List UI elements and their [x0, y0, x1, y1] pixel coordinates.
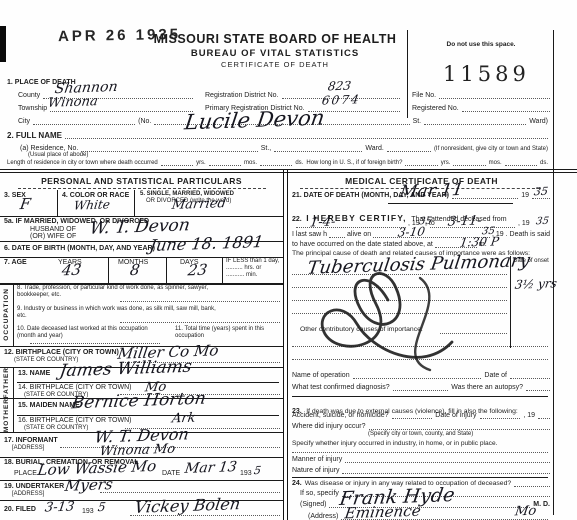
header-box-divider	[407, 30, 408, 118]
abode-note: (Usual place of abode)	[28, 152, 88, 159]
foreign-yrs-blank	[405, 164, 437, 166]
father-side-label: FATHER	[3, 367, 10, 399]
last-saw-blank-1	[329, 236, 345, 238]
full-name-value: Lucile Devon	[183, 108, 326, 134]
burial-date-value: Mar 13	[184, 460, 238, 476]
date-of-death-underline	[388, 203, 513, 204]
dotted-blank	[120, 301, 280, 302]
length-ds-blank	[260, 164, 292, 166]
residence-row: (a) Residence, No. St., Ward. (If nonres…	[20, 145, 548, 153]
page-title: MISSOURI STATE BOARD OF HEALTH	[135, 32, 415, 46]
foreign-ds: ds.	[540, 160, 548, 167]
occurred-line: to have occurred on the date stated abov…	[292, 241, 550, 249]
city-blank	[33, 123, 135, 125]
nonresident-note: (If nonresident, give city or town and S…	[434, 146, 548, 153]
left-column-header: PERSONAL AND STATISTICAL PARTICULARS	[0, 176, 283, 186]
residence-st-label: St.,	[261, 145, 272, 153]
edge-stamp-fragment	[0, 26, 6, 62]
registration-district-row: Registration District No.	[205, 92, 400, 100]
nature-of-injury-label: Nature of injury	[292, 467, 339, 475]
file-no-blank	[439, 97, 550, 99]
residence-ward-label: Ward.	[365, 145, 383, 153]
informant-address-value: Winona Mo	[99, 443, 176, 459]
township-label: Township	[18, 105, 47, 113]
informant-address-label: [ADDRESS]	[12, 445, 44, 452]
length-of-residence-row: Length of residence in city or town wher…	[7, 160, 548, 167]
signed-label: (Signed)	[300, 501, 326, 509]
full-name-blank	[65, 137, 548, 139]
city-st-blank	[424, 123, 526, 125]
nature-underline	[292, 477, 548, 478]
operation-date-blank	[510, 377, 550, 379]
occurred-text: to have occurred on the date stated abov…	[292, 241, 433, 249]
registration-district-value: 823	[327, 80, 352, 93]
race-value: White	[73, 198, 111, 211]
operation-blank	[353, 377, 482, 379]
sex-race-marital-row: 3. SEX 4. COLOR OR RACE 5. SINGLE, MARRI…	[0, 190, 283, 217]
doc-type-label: CERTIFICATE OF DEATH	[135, 60, 415, 69]
file-no-row: File No.	[412, 92, 550, 100]
foreign-mos-blank	[453, 164, 485, 166]
autopsy-label: Was there an autopsy?	[451, 384, 523, 392]
operation-row: Name of operation Date of	[292, 372, 550, 380]
occupation-side-label: OCCUPATION	[3, 288, 10, 341]
death-said-text: . Death is said	[506, 231, 550, 239]
date-of-death-year-value: 35	[533, 186, 549, 197]
page-subtitle: BUREAU OF VITAL STATISTICS	[135, 48, 415, 59]
cell-divider	[108, 257, 109, 283]
length-yrs-blank	[161, 164, 193, 166]
nature-of-injury-row: Nature of injury	[292, 467, 550, 475]
manner-of-injury-label: Manner of injury	[292, 456, 342, 464]
certify-number: 22.	[292, 216, 302, 223]
related-number: 24.	[292, 480, 302, 488]
burial-place-label: PLACE	[14, 470, 37, 478]
township-row: Township	[18, 105, 193, 113]
spouse-label-3: (OR) WIFE OF	[30, 233, 76, 241]
occupation-trade-label: 8. Trade, profession, or particular kind…	[17, 285, 217, 299]
sex-value: F	[19, 197, 32, 212]
filed-date-value: 3-13	[44, 500, 75, 514]
city-no-label: (No.	[138, 118, 151, 126]
residence-st-blank	[274, 150, 362, 152]
where-injury-blank	[369, 428, 550, 430]
city-ward-label: Ward)	[529, 118, 548, 126]
date-of-death-value: Mar 11	[399, 182, 464, 201]
undertaker-address-label: [ADDRESS]	[12, 491, 44, 498]
onset-value: 3½ yrs	[514, 277, 558, 290]
section-rule-top	[0, 169, 577, 170]
township-blank	[50, 110, 193, 112]
occupation-industry-label: 9. Industry or business in which work wa…	[17, 306, 217, 320]
accident-label: Accident, suicide, or homicide?	[292, 412, 389, 420]
last-saw-text-1: I last saw h	[292, 231, 327, 239]
column-divider	[283, 170, 288, 520]
mother-name-value: Bernice Horton	[70, 391, 206, 413]
date-of-birth-label: 6. DATE OF BIRTH (MONTH, DAY, AND YEAR)	[4, 245, 155, 253]
foreign-mos: mos.	[489, 160, 502, 167]
left-header-underline	[18, 188, 266, 189]
foreign-ds-blank	[505, 164, 537, 166]
attended-to-year: 35	[535, 217, 549, 227]
age-days-value: 23	[187, 263, 208, 279]
related-blank	[514, 485, 550, 487]
death-certificate-scan: APR 26 1935 MISSOURI STATE BOARD OF HEAL…	[0, 0, 577, 520]
cell-divider	[166, 257, 167, 283]
primary-district-value: 6074	[321, 93, 361, 106]
city-label: City	[18, 118, 30, 126]
manner-of-injury-row: Manner of injury	[292, 456, 550, 464]
date-of-birth-value: June 18. 1891	[149, 234, 265, 254]
operation-date-label: Date of	[484, 372, 507, 380]
length-yrs: yrs.	[196, 160, 206, 167]
occupation-last-worked-label: 10. Date deceased last worked at this oc…	[17, 326, 162, 340]
accident-row: Accident, suicide, or homicide? Date of …	[292, 412, 550, 420]
page-right-border	[553, 30, 554, 515]
foreign-yrs: yrs.	[441, 160, 451, 167]
test-label: What test confirmed diagnosis?	[292, 384, 390, 392]
injury-year-blank	[538, 417, 550, 419]
registrar-signature: Vickey Bolen	[134, 496, 242, 516]
mother-birthplace-sub: (STATE OR COUNTRY)	[24, 425, 88, 432]
filed-year-prefix: 193	[82, 508, 94, 516]
mother-birthplace-value: Ark	[171, 412, 196, 426]
injury-date-blank	[480, 417, 521, 419]
last-saw-date-value: 3-10	[397, 226, 426, 239]
father-birthplace-label: 14. BIRTHPLACE (CITY OR TOWN)	[18, 384, 131, 392]
accident-blank	[392, 417, 433, 419]
registration-district-label: Registration District No.	[205, 92, 279, 100]
test-blank	[393, 389, 449, 391]
father-name-label: 13. NAME	[18, 370, 50, 378]
dotted-blank	[100, 492, 280, 493]
undertaker-label: 19. UNDERTAKER	[4, 483, 64, 491]
filed-label: 20. FILED	[4, 506, 36, 514]
foreign-label: How long in U. S., if of foreign birth?	[306, 160, 402, 167]
length-mos: mos.	[244, 160, 257, 167]
age-row: 7. AGE YEARS MONTHS DAYS IF LESS than 1 …	[0, 257, 283, 285]
burial-year-prefix: 193	[240, 470, 252, 478]
manner-of-injury-blank	[345, 461, 550, 463]
age-less-than-note: IF LESS than 1 day, .......... hrs. or .…	[226, 258, 280, 279]
where-injury-label: Where did injury occur?	[292, 423, 366, 431]
cell-divider	[222, 257, 223, 283]
father-name-value: James Williams	[58, 359, 192, 381]
specify-where-note: Specify whether injury occurred in indus…	[292, 440, 550, 448]
residence-no-blank	[81, 150, 257, 152]
operation-label: Name of operation	[292, 372, 350, 380]
age-label: 7. AGE	[4, 259, 27, 267]
occupation-total-time-label: 11. Total time (years) spent in this occ…	[175, 326, 275, 340]
length-label: Length of residence in city or town wher…	[7, 160, 158, 167]
informant-label: 17. INFORMANT	[4, 437, 58, 445]
county-label: County	[18, 92, 40, 100]
full-name-label: 2. FULL NAME	[7, 131, 62, 140]
dotted-blank	[130, 515, 280, 516]
registered-no-row: Registered No.	[412, 105, 550, 113]
dotted-blank	[292, 452, 548, 453]
age-years-value: 43	[61, 263, 82, 279]
file-no-label: File No.	[412, 92, 436, 100]
marital-value: Married	[171, 197, 227, 212]
ink-scrawl	[300, 262, 505, 384]
length-mos-blank	[209, 164, 241, 166]
burial-date-label: DATE	[162, 470, 180, 478]
length-ds: ds.	[295, 160, 303, 167]
registered-no-label: Registered No.	[412, 105, 459, 113]
test-underline	[292, 396, 548, 397]
full-name-row: 2. FULL NAME	[7, 131, 548, 140]
mother-birthplace-label: 16. BIRTHPLACE (CITY OR TOWN)	[18, 417, 131, 425]
section-rule-bottom	[0, 172, 577, 173]
certify-to-19: , 19	[518, 220, 530, 228]
city-st-label: St.	[413, 118, 422, 126]
injury-date-label: Date of injury	[435, 412, 476, 420]
physician-state-value: Mo	[514, 505, 537, 519]
cell-divider	[134, 190, 135, 216]
attended-to-value: 3-11-	[447, 214, 483, 228]
nature-of-injury-blank	[342, 472, 550, 474]
test-row: What test confirmed diagnosis? Was there…	[292, 384, 550, 392]
attended-from-value: 1-4-	[309, 216, 336, 230]
cell-divider	[57, 190, 58, 216]
do-not-use-note: Do not use this space.	[412, 41, 550, 48]
occupation-block: OCCUPATION 8. Trade, profession, or part…	[0, 283, 283, 347]
birthplace-label: 12. BIRTHPLACE (CITY OR TOWN)	[4, 349, 119, 357]
registered-no-blank	[462, 110, 550, 112]
mother-side-label: MOTHER	[3, 398, 10, 432]
residence-ward-blank	[387, 150, 431, 152]
physician-address-value: Eminence	[344, 504, 422, 520]
certificate-number-stamp: 11589	[443, 62, 530, 86]
date-of-death-year-prefix: 19	[521, 192, 529, 200]
where-injury-row: Where did injury occur?	[292, 423, 550, 431]
if-so-label: If so, specify	[300, 490, 339, 498]
specify-place-note: (Specify city or town, county, and State…	[368, 431, 473, 438]
dotted-blank	[120, 322, 280, 323]
physician-address-label: (Address)	[308, 513, 338, 520]
death-time-value: 1:30 P	[459, 235, 500, 248]
last-saw-text-2: alive on	[347, 231, 371, 239]
township-value: Winona	[47, 95, 99, 110]
undertaker-value: Myers	[64, 477, 114, 494]
injury-19-label: , 19	[523, 412, 535, 420]
autopsy-blank	[526, 389, 550, 391]
